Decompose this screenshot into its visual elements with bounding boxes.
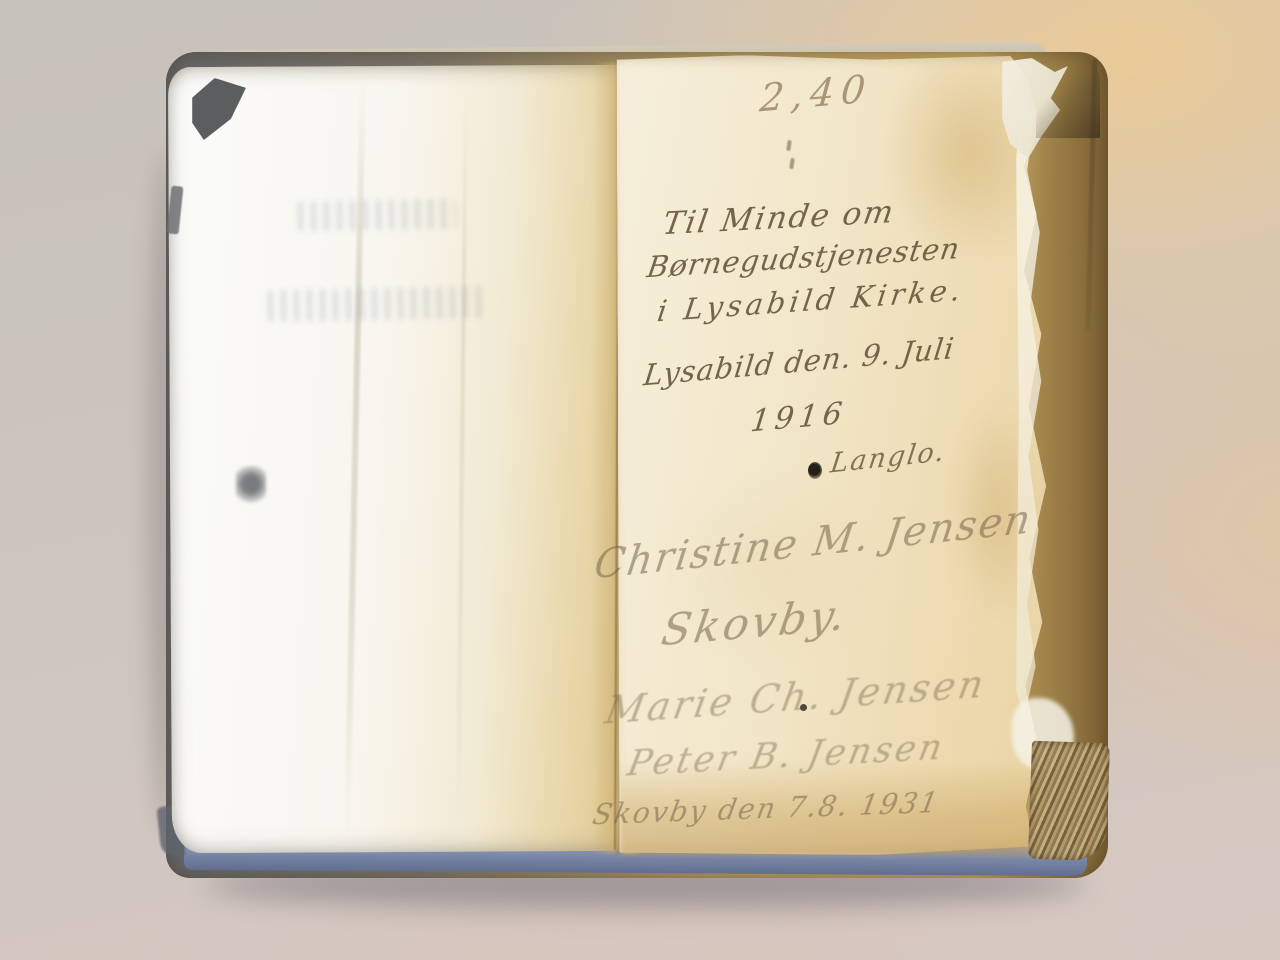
small-hole	[800, 704, 807, 711]
left-page	[168, 65, 624, 853]
ink-smudge	[236, 466, 266, 506]
frayed-corner	[1028, 741, 1110, 862]
cover-corner-shadow	[1036, 54, 1100, 138]
photo-of-open-book: 2,40 Til Minde om Børnegudstjenesten i L…	[0, 0, 1280, 960]
ghost-text-line	[298, 199, 456, 232]
worm-hole	[808, 462, 822, 479]
ghost-text-line	[268, 286, 487, 322]
